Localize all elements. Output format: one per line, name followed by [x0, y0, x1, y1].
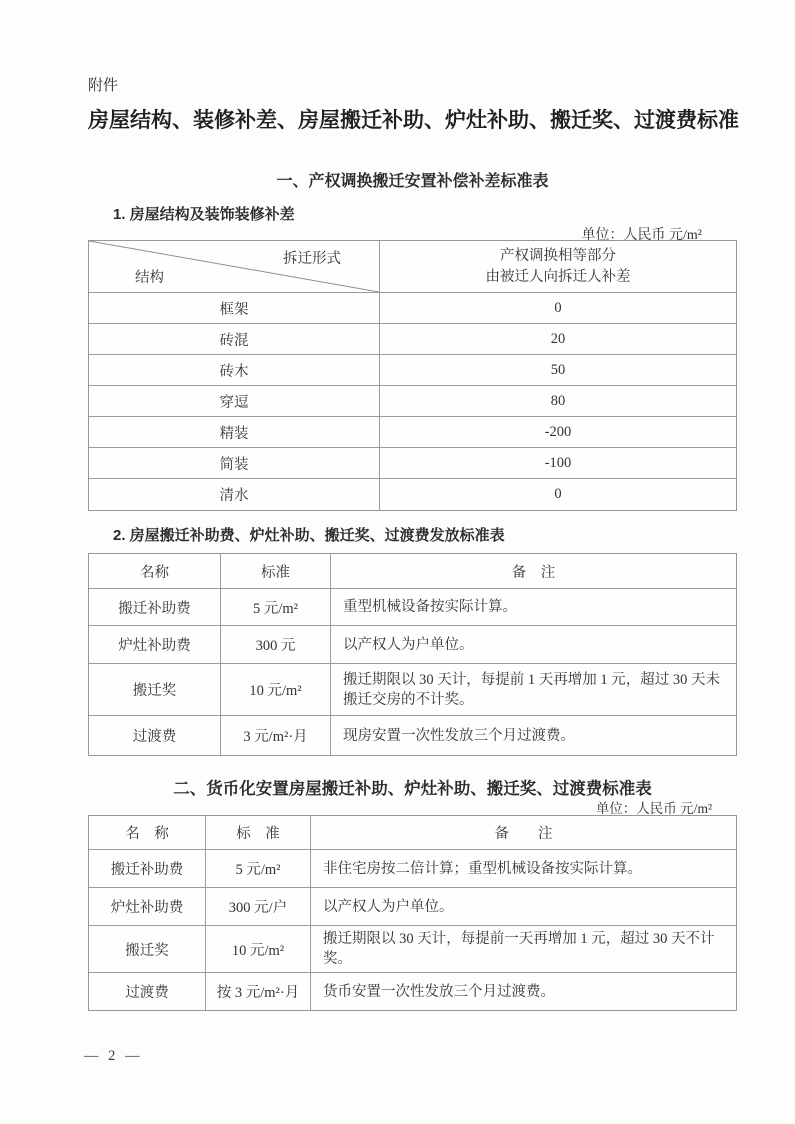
fee-name: 过渡费: [89, 973, 206, 1010]
header-standard: 标准: [221, 554, 331, 589]
structure-label: 砖混: [89, 324, 380, 355]
table-row: 清水 0: [89, 479, 736, 510]
subsection-1-1-heading: 1. 房屋结构及装饰装修补差: [113, 203, 295, 224]
subsection-1-2-heading: 2. 房屋搬迁补助费、炉灶补助、搬迁奖、过渡费发放标准表: [113, 524, 505, 545]
table-row: 过渡费 按 3 元/m²·月 货币安置一次性发放三个月过渡费。: [89, 973, 736, 1010]
fee-name: 搬迁补助费: [89, 850, 206, 888]
document-title: 房屋结构、装修补差、房屋搬迁补助、炉灶补助、搬迁奖、过渡费标准: [88, 104, 740, 134]
fee-note: 以产权人为户单位。: [311, 888, 736, 926]
structure-label: 清水: [89, 479, 380, 510]
table-row: 搬迁奖 10 元/m² 搬迁期限以 30 天计，每提前一天再增加 1 元，超过 …: [89, 926, 736, 973]
value-header-cell: 产权调换相等部分 由被迁人向拆迁人补差: [380, 241, 736, 293]
table-header-row: 拆迁形式 结构 产权调换相等部分 由被迁人向拆迁人补差: [89, 241, 736, 293]
header-note: 备 注: [331, 554, 736, 589]
table-row: 搬迁补助费 5 元/m² 重型机械设备按实际计算。: [89, 589, 736, 626]
fee-note: 搬迁期限以 30 天计，每提前一天再增加 1 元，超过 30 天不计奖。: [311, 926, 736, 973]
fee-name: 炉灶补助费: [89, 626, 221, 664]
structure-value: 80: [380, 386, 736, 417]
structure-label: 简装: [89, 448, 380, 479]
unit-label-table-3: 单位：人民币 元/m²: [400, 797, 712, 817]
fee-standard: 300 元/户: [206, 888, 311, 926]
fee-name: 过渡费: [89, 716, 221, 755]
section-1-heading: 一、产权调换搬迁安置补偿补差标准表: [88, 168, 737, 191]
fee-standard: 5 元/m²: [221, 589, 331, 626]
value-header-line-2: 由被迁人向拆迁人补差: [486, 267, 631, 288]
fee-note: 重型机械设备按实际计算。: [331, 589, 736, 626]
structure-value: -100: [380, 448, 736, 479]
table-row: 砖混 20: [89, 324, 736, 355]
fee-standard: 10 元/m²: [221, 664, 331, 716]
table-row: 搬迁补助费 5 元/m² 非住宅房按二倍计算；重型机械设备按实际计算。: [89, 850, 736, 888]
table-row: 简装 -100: [89, 448, 736, 479]
table-row: 砖木 50: [89, 355, 736, 386]
header-name: 名称: [89, 554, 221, 589]
structure-compensation-table: 拆迁形式 结构 产权调换相等部分 由被迁人向拆迁人补差 框架 0 砖混 20 砖…: [88, 240, 737, 511]
header-note: 备 注: [311, 816, 736, 850]
fee-note: 以产权人为户单位。: [331, 626, 736, 664]
structure-value: 0: [380, 479, 736, 510]
structure-label: 框架: [89, 293, 380, 324]
fee-standard: 3 元/m²·月: [221, 716, 331, 755]
fee-name: 搬迁奖: [89, 926, 206, 973]
table-row: 炉灶补助费 300 元 以产权人为户单位。: [89, 626, 736, 664]
fee-note: 非住宅房按二倍计算；重型机械设备按实际计算。: [311, 850, 736, 888]
document-page: 附件 房屋结构、装修补差、房屋搬迁补助、炉灶补助、搬迁奖、过渡费标准 一、产权调…: [0, 0, 795, 1124]
monetary-resettlement-table: 名 称 标 准 备 注 搬迁补助费 5 元/m² 非住宅房按二倍计算；重型机械设…: [88, 815, 737, 1011]
table-header-row: 名称 标准 备 注: [89, 554, 736, 589]
fee-name: 搬迁补助费: [89, 589, 221, 626]
structure-value: -200: [380, 417, 736, 448]
table-row: 搬迁奖 10 元/m² 搬迁期限以 30 天计，每提前 1 天再增加 1 元，超…: [89, 664, 736, 716]
relocation-subsidy-table: 名称 标准 备 注 搬迁补助费 5 元/m² 重型机械设备按实际计算。 炉灶补助…: [88, 553, 737, 756]
table-header-row: 名 称 标 准 备 注: [89, 816, 736, 850]
fee-name: 搬迁奖: [89, 664, 221, 716]
corner-label-demolition-form: 拆迁形式: [283, 247, 341, 268]
structure-value: 20: [380, 324, 736, 355]
fee-standard: 按 3 元/m²·月: [206, 973, 311, 1010]
fee-note: 现房安置一次性发放三个月过渡费。: [331, 716, 736, 755]
fee-name: 炉灶补助费: [89, 888, 206, 926]
structure-label: 穿逗: [89, 386, 380, 417]
fee-note: 货币安置一次性发放三个月过渡费。: [311, 973, 736, 1010]
header-name: 名 称: [89, 816, 206, 850]
structure-value: 0: [380, 293, 736, 324]
structure-label: 精装: [89, 417, 380, 448]
header-standard: 标 准: [206, 816, 311, 850]
table-row: 框架 0: [89, 293, 736, 324]
page-number: — 2 —: [84, 1048, 143, 1065]
table-row: 过渡费 3 元/m²·月 现房安置一次性发放三个月过渡费。: [89, 716, 736, 755]
structure-value: 50: [380, 355, 736, 386]
fee-standard: 10 元/m²: [206, 926, 311, 973]
value-header-line-1: 产权调换相等部分: [500, 246, 616, 267]
fee-standard: 5 元/m²: [206, 850, 311, 888]
table-row: 精装 -200: [89, 417, 736, 448]
fee-standard: 300 元: [221, 626, 331, 664]
corner-label-structure: 结构: [135, 266, 164, 287]
diagonal-header-cell: 拆迁形式 结构: [89, 241, 380, 293]
attachment-label: 附件: [88, 74, 118, 95]
fee-note: 搬迁期限以 30 天计，每提前 1 天再增加 1 元，超过 30 天未搬迁交房的…: [331, 664, 736, 716]
table-row: 穿逗 80: [89, 386, 736, 417]
structure-label: 砖木: [89, 355, 380, 386]
section-2-heading: 二、货币化安置房屋搬迁补助、炉灶补助、搬迁奖、过渡费标准表: [88, 775, 737, 799]
table-row: 炉灶补助费 300 元/户 以产权人为户单位。: [89, 888, 736, 926]
